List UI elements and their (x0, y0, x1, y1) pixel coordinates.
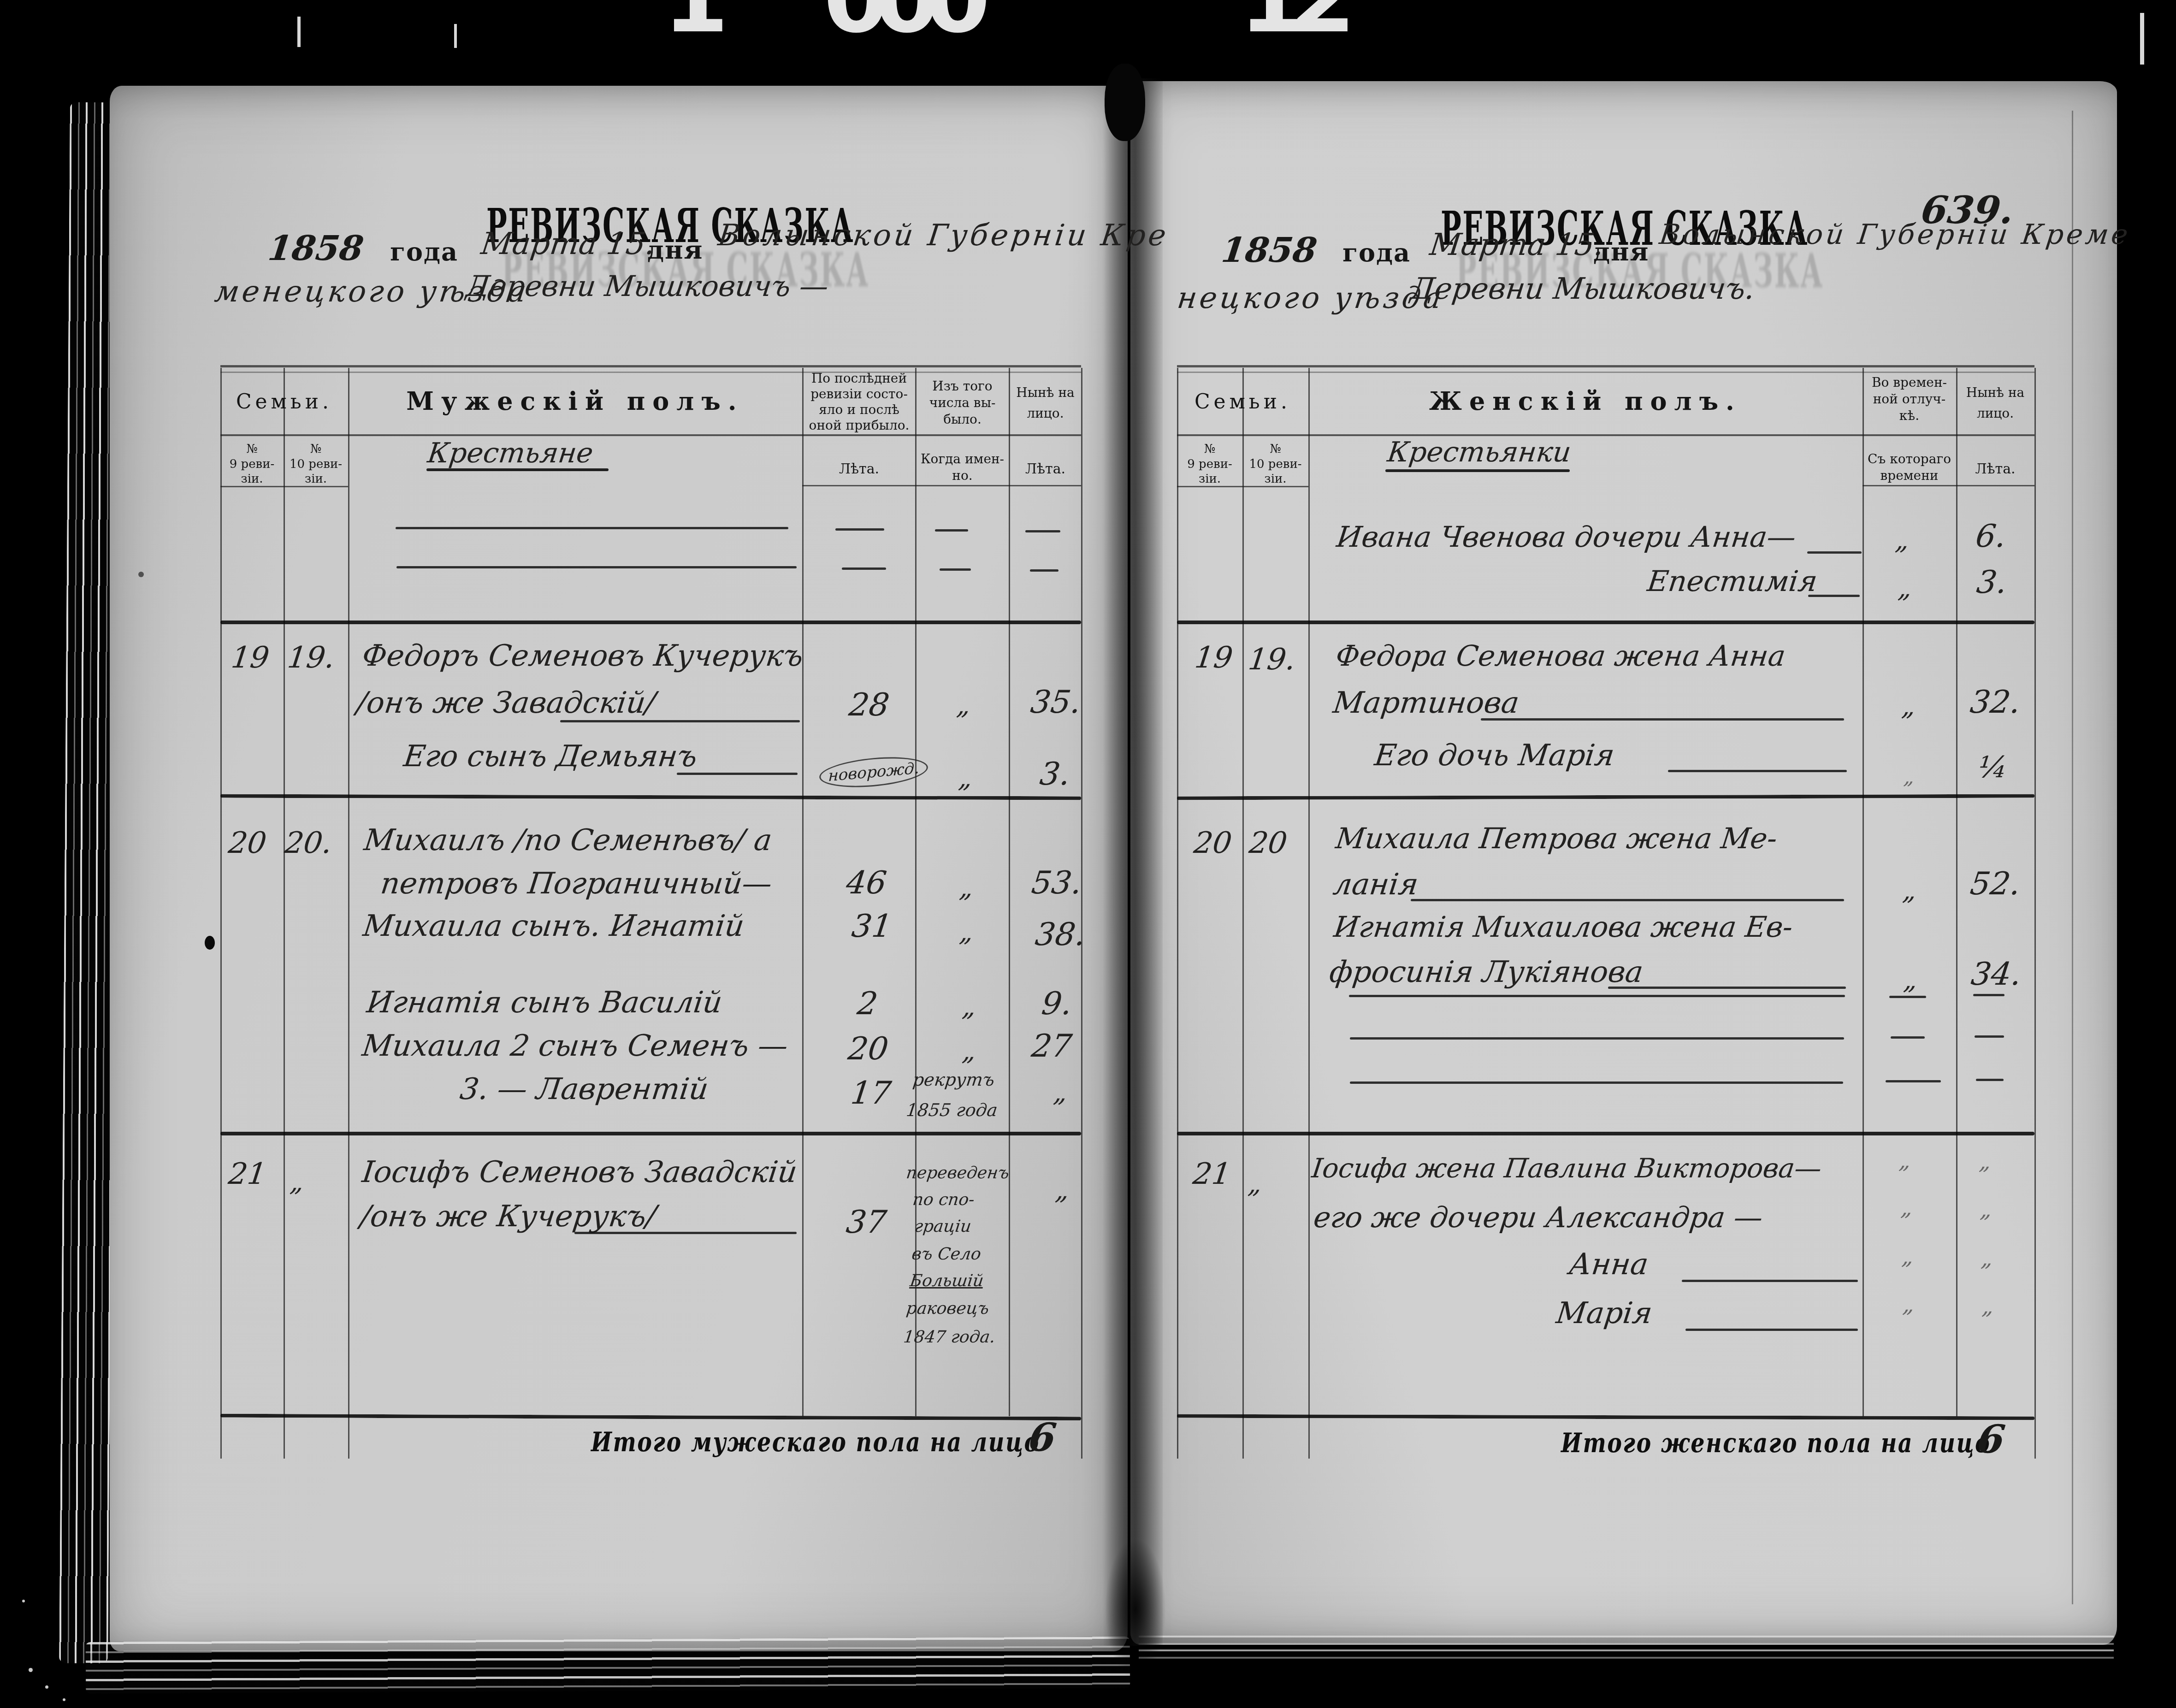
left-r19-newborn-note: новорожд. (819, 753, 928, 791)
left-r21-fam9: 21 (226, 1157, 268, 1191)
right-r20-wife1-line2: ланія (1331, 868, 1420, 902)
scanned-revision-list-spread: 100012 РЕВИЗСКАЯ СКАЗКА РЕВИЗСКАЯ СКАЗКА… (0, 0, 2176, 1708)
right-r19-age2: ¼ (1976, 751, 2009, 785)
right-handwritten-text: „ (1978, 1149, 1993, 1175)
left-r21-note7: 1847 года. (902, 1328, 996, 1347)
right-printed-dnya: дня (1593, 237, 1649, 266)
right-r18-daughter2: Епестимія (1646, 564, 1820, 598)
left-handwritten-text: 9. (1040, 986, 1074, 1022)
right-entry-dash (1976, 1079, 2004, 1081)
left-entry-dash (1030, 569, 1058, 572)
right-r21-fam9: 21 (1191, 1157, 1233, 1191)
right-handwritten-text: „ (1900, 691, 1917, 721)
right-handwritten-text: „ (1981, 1294, 1996, 1319)
left-handwritten-text: „ (1054, 1176, 1071, 1206)
handwritten-entries-layer: 1858годаМарта 15.дняВолынской Губерніи К… (0, 0, 2176, 1708)
left-blank1-name-dash (396, 527, 788, 529)
right-handwritten-text: „ (1898, 1148, 1913, 1174)
left-r19-head-name: Федоръ Семеновъ Кучерукъ (360, 639, 805, 673)
right-r20-wife1-line1: Михаила Петрова жена Ме- (1334, 821, 1780, 855)
right-entry-dash (1685, 1329, 1858, 1331)
left-handwritten-text: „ (961, 992, 978, 1022)
right-r21-fam10: „ (1247, 1169, 1264, 1199)
right-entry-dash (1411, 899, 1844, 901)
left-handwritten-text: 31 (850, 908, 894, 945)
right-entry-dash (1973, 994, 2005, 996)
left-handwritten-text: 2 (855, 986, 880, 1022)
right-r20-wife2-line1: Игнатія Михаилова жена Ев- (1332, 910, 1795, 944)
right-r18-age2: 3. (1975, 564, 2009, 601)
left-r20-head-name1: Михаилъ /по Семенѣвъ/ а (362, 823, 774, 857)
right-r20-age1: 52. (1968, 866, 2022, 902)
left-handwritten-text: 27 (1029, 1028, 1074, 1064)
right-handwritten-text: „ (1902, 965, 1919, 995)
left-entry-dash (574, 1232, 797, 1234)
right-entry-dash (1808, 595, 1860, 597)
right-blank2-name-dash (1350, 1037, 1844, 1040)
right-r21-daughter1: его же дочери Александра — (1312, 1200, 1765, 1234)
left-handwritten-text: „ (958, 917, 975, 947)
left-r20-recruit-note1: рекрутъ (911, 1070, 996, 1090)
left-r20-head-name2: петровъ Пограничный— (378, 867, 774, 901)
left-entry-dash (940, 568, 971, 571)
left-r19-prev-age: 28 (847, 687, 891, 723)
right-r20-wife2-line2: фросинія Лукіянова (1327, 955, 1645, 989)
right-uyezd: нецкого уѣзда (1175, 281, 1446, 315)
right-blank1-name-dash (1349, 995, 1845, 997)
right-handwritten-text: „ (1901, 876, 1918, 906)
left-month-day: Марта 15. (479, 226, 657, 261)
left-r20-grandson: Игнатія сынъ Василій (365, 986, 724, 1020)
left-printed-dnya: дня (647, 235, 703, 265)
left-r21-note6: раковецъ (905, 1299, 990, 1318)
left-r19-fam10: 19. (285, 641, 337, 675)
left-village: Деревни Мышковичъ — (465, 269, 831, 303)
left-r21-note2: по спо- (911, 1190, 976, 1209)
left-printed-goda: года (390, 237, 458, 266)
right-entry-dash (1889, 996, 1926, 998)
left-r19-alias: /онъ же Завадскій/ (355, 686, 657, 720)
left-r21-head-name: Іосифъ Семеновъ Завадскій (360, 1155, 799, 1189)
left-entry-dash (835, 528, 884, 531)
right-entry-dash (1608, 987, 1846, 989)
left-year: 1858 (266, 229, 366, 268)
left-r21-note3: граціи (913, 1217, 972, 1236)
right-r19-age1: 32. (1968, 684, 2022, 721)
left-handwritten-text: 38. (1033, 916, 1088, 953)
right-total-count: 6 (1975, 1416, 2008, 1462)
left-entry-dash (1025, 530, 1060, 532)
left-r20-son2: Михаила 2 сынъ Семенъ — (360, 1029, 790, 1063)
left-handwritten-text: „ (1052, 1078, 1069, 1108)
left-handwritten-text: „ (957, 763, 974, 793)
right-village: Деревни Мышковичъ. (1408, 272, 1756, 306)
left-r20-son1: Михаила сынъ. Игнатій (361, 909, 746, 943)
left-r20-now-age: 53. (1029, 865, 1084, 901)
right-entry-dash (1886, 1080, 1941, 1082)
left-entry-dash (677, 773, 798, 775)
right-entry-dash (1481, 718, 1844, 721)
left-r20-fam10: 20. (283, 826, 334, 860)
right-r19-fam9: 19 (1193, 641, 1235, 675)
right-month-day: Марта 15. (1428, 227, 1606, 262)
right-r19-fam10: 19. (1246, 643, 1297, 677)
right-entry-dash (1682, 1280, 1858, 1282)
right-handwritten-text: „ (1903, 765, 1916, 789)
right-entry-dash (1891, 1036, 1925, 1039)
left-r21-note1: переведенъ (905, 1164, 1010, 1182)
right-r19-wife-line2: Мартинова (1331, 686, 1521, 720)
left-r20-son3: 3. — Лаврентій (458, 1072, 710, 1106)
left-r21-alias: /онъ же Кучерукъ/ (358, 1200, 658, 1234)
right-r21-daughter3: Марія (1554, 1296, 1654, 1330)
right-printed-goda: года (1342, 238, 1411, 267)
right-handwritten-text: „ (1897, 573, 1914, 603)
left-r21-note5: Большій (909, 1271, 984, 1290)
right-handwritten-text: „ (1894, 526, 1911, 556)
right-r20-fam10: 20 (1247, 826, 1289, 860)
left-province: Волынской Губерніи Кре (716, 219, 1171, 253)
right-r20-age2: 34. (1969, 956, 2023, 993)
left-r20-prev-age: 46 (844, 865, 888, 901)
left-r19-son-age: 3. (1038, 756, 1072, 792)
left-r21-prev-age: 37 (844, 1204, 888, 1241)
right-r21-daughter2: Анна (1567, 1247, 1650, 1282)
right-handwritten-text: „ (1900, 1195, 1915, 1221)
right-entry-dash (1807, 551, 1862, 554)
right-handwritten-text: „ (1902, 1292, 1916, 1318)
right-r20-fam9: 20 (1192, 826, 1234, 860)
right-r21-wife: Іосифа жена Павлина Викторова— (1310, 1152, 1823, 1184)
left-r20-recruit-note2: 1855 года (905, 1100, 999, 1120)
left-handwritten-text: 20 (846, 1031, 890, 1067)
left-handwritten-text: 17 (849, 1075, 893, 1111)
right-handwritten-text: „ (1901, 1244, 1916, 1270)
left-handwritten-text: „ (958, 873, 975, 903)
right-year: 1858 (1219, 230, 1319, 270)
right-r18-daughter1: Ивана Чвенова дочери Анна— (1335, 520, 1798, 554)
left-r19-son-name: Его сынъ Демьянъ (402, 739, 699, 774)
left-r19-now-age: 35. (1029, 684, 1083, 721)
left-entry-dash (842, 567, 886, 570)
left-r21-note4: въ Село (911, 1245, 982, 1264)
right-handwritten-text: „ (1979, 1197, 1994, 1223)
right-entry-dash (1975, 1035, 2004, 1038)
right-r18-age1: 6. (1974, 518, 2008, 555)
left-r20-fam9: 20 (226, 826, 268, 860)
left-r21-fam10: „ (289, 1167, 306, 1197)
right-entry-dash (1668, 770, 1847, 772)
right-r19-daughter: Его дочь Марія (1372, 739, 1616, 773)
right-province: Волынской Губерніи Креме (1658, 219, 2133, 251)
left-blank2-name-dash (396, 566, 797, 568)
left-r19-fam9: 19 (229, 641, 271, 675)
right-r19-wife-line1: Федора Семенова жена Анна (1334, 639, 1788, 673)
right-handwritten-text: „ (1980, 1246, 1995, 1271)
left-entry-dash (560, 720, 800, 722)
right-blank3-name-dash (1350, 1082, 1843, 1084)
left-entry-dash (935, 529, 968, 532)
left-handwritten-text: „ (955, 691, 972, 721)
left-total-count: 6 (1026, 1414, 1059, 1460)
left-handwritten-text: „ (961, 1036, 978, 1066)
